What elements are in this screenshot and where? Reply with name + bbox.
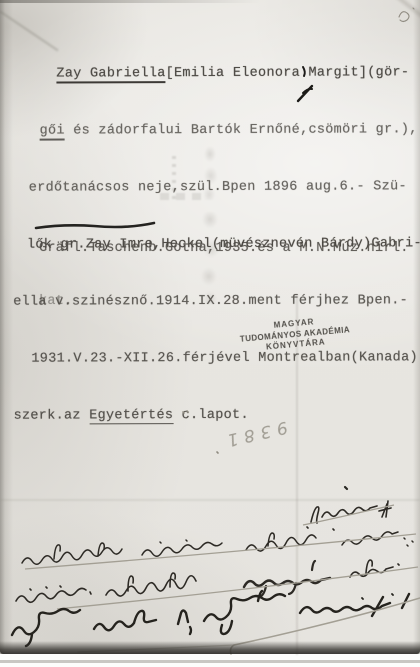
scanned-catalog-card-photo: Zay Gabriella[Emilia Eleonora Margit](gö… — [0, 0, 420, 667]
strikethrough-b — [25, 534, 416, 569]
catalog-card: Zay Gabriella[Emilia Eleonora Margit](gö… — [0, 0, 420, 654]
entry-line-2: gői és zádorfalui Bartók Ernőné,csömöri … — [40, 120, 420, 140]
handwritten-note-b — [22, 532, 413, 564]
reference-line-1: Gräfl.Taschenb.Gotha,1935.és a M.N.Múz.h… — [39, 240, 409, 257]
newspaper-title-underlined: Egyetértés — [89, 408, 173, 424]
handwritten-note-c — [16, 560, 399, 602]
paper-top-edge-shadow — [0, 0, 260, 3]
entry-name-underlined: Zay Gabriella — [56, 66, 165, 83]
card-bottom-edge-shadow — [0, 641, 420, 654]
ink-fleck — [345, 487, 347, 489]
paper-fold-horizontal — [0, 499, 420, 501]
reference-line-2: kat. — [39, 293, 409, 310]
entry-line-3: erdőtanácsos neje,szül.Bpen 1896 aug.6.-… — [29, 177, 420, 197]
strikethrough-a — [303, 505, 394, 525]
scan-bed-line — [0, 660, 420, 663]
handwritten-note-d — [12, 591, 409, 646]
entry-line-1: Zay Gabriella[Emilia Eleonora Margit](gö… — [56, 63, 419, 83]
handwritten-note-a — [307, 501, 391, 530]
strikethrough-c — [57, 567, 418, 609]
